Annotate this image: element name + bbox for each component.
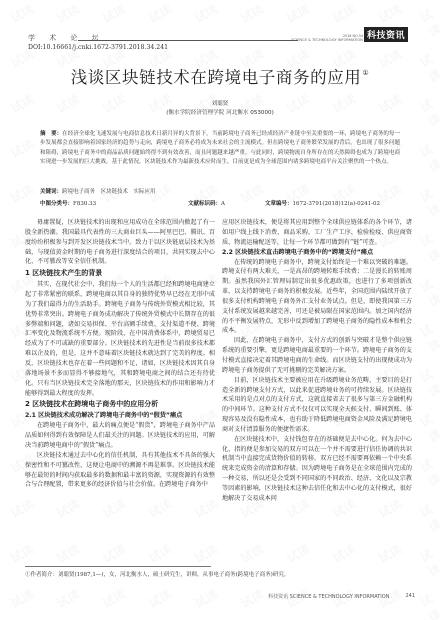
watermark-text: 试读	[329, 540, 358, 567]
paragraph: 目前，区块链技术主要被应用在升级跨境业务范畴，主要目的是打造全新的跨境支付方式，…	[222, 376, 412, 435]
watermark-text: 试读	[191, 585, 220, 612]
paragraph: 其实，在现代社会中，我们每一个人的生活都已经和跨境电商建立起了非常紧密的联系，跨…	[25, 280, 215, 398]
body-column-left: 毋庸置疑，区块链技术的出现和应用成功在全球范围内掀起了有一股全新热潮。我国最具代…	[25, 218, 215, 490]
paragraph: 在传统的跨境电子商务中，跨境支付始终是一个难以突破的难题。跨境支付有两大难关，一…	[222, 258, 412, 337]
watermark-text: 试读	[7, 540, 36, 567]
watermark-text: 试读	[417, 273, 440, 310]
section-heading-1: 1 区块链技术产生的背景	[25, 268, 215, 279]
page-number: 241	[405, 593, 415, 600]
paragraph: 区块链技术通过去中心化的信任机制，具有其他技术不具备的强大保密性和不可篡改性，这…	[25, 451, 215, 490]
watermark-text: 试读	[237, 0, 266, 27]
abstract-label: 摘 要：	[40, 131, 62, 137]
watermark-text: 试读	[237, 540, 266, 567]
watermark-text: 试读	[145, 540, 174, 567]
watermark-text: 试读	[191, 0, 220, 27]
document-code: 文献标识码：A	[188, 199, 225, 207]
watermark-text: 试读	[53, 0, 82, 27]
paragraph: 毋庸置疑，区块链技术的出现和应用成功在全球范围内掀起了有一股全新热潮。我国最具代…	[25, 218, 215, 267]
watermark-text: 试读	[145, 495, 174, 522]
section-label: 学 术 论 坛	[28, 33, 105, 43]
watermark-text: 试读	[99, 585, 128, 612]
watermark-text: 试读	[283, 0, 312, 27]
page-footer: 科技资讯 SCIENCE & TECHNOLOGY INFORMATION 24…	[268, 593, 415, 600]
paper-page: 学 术 论 坛 2018 NO.34 SCIENCE & TECHNOLOGY …	[0, 0, 440, 620]
watermark-text: 试读	[417, 453, 440, 490]
subsection-heading-2-2: 2.2 区块链技术直击跨境电子商务中的“跨境支付”痛点	[222, 248, 412, 258]
watermark-text: 试读	[7, 135, 36, 162]
journal-brand-logo: 科技资讯	[364, 27, 408, 42]
paragraph: 应用区块链技术，便是将其应用到整个全球供应链体系的各个环节，诸如用户线上线下消费…	[222, 218, 412, 248]
abstract: 摘 要：在经济全球化飞速发展与电商信息技术日新月异的大背景下，当前跨境电子商务已…	[40, 130, 400, 168]
body-column-right: 应用区块链技术，便是将其应用到整个全球供应链体系的各个环节，诸如用户线上线下消费…	[222, 218, 412, 504]
doi: DOI:10.16661/j.cnki.1672-3791.2018.34.24…	[28, 44, 168, 51]
footnote-rule	[25, 566, 211, 567]
watermark-text: 试读	[283, 540, 312, 567]
footer-journal: 科技资讯 SCIENCE & TECHNOLOGY INFORMATION	[268, 593, 389, 600]
watermark-text: 试读	[417, 228, 440, 265]
watermark-text: 试读	[329, 0, 358, 27]
watermark-text: 试读	[375, 540, 404, 567]
journal-english-name: 2018 NO.34 SCIENCE & TECHNOLOGY INFORMAT…	[291, 34, 363, 42]
keywords-text: 跨境电子商务 区块链技术 实际应用	[62, 189, 156, 195]
watermark-text: 试读	[7, 0, 36, 27]
paragraph: 在跨境电子商务中，最大的痛点便是“假货”，跨境电子商务中产品品质如何得到有效保障…	[25, 421, 215, 451]
watermark-text: 试读	[237, 180, 266, 207]
watermark-text: 试读	[145, 585, 174, 612]
header-rule	[78, 40, 298, 41]
watermark-text: 试读	[417, 588, 440, 620]
watermark-text: 试读	[99, 495, 128, 522]
watermark-text: 试读	[417, 3, 440, 40]
paragraph: 在区块链技术中，支付钱包存在的基础便是去中心化。何为去中心化，指的便是参加交易的…	[222, 435, 412, 504]
abstract-text: 在经济全球化飞速发展与电商信息技术日新月异的大背景下，当前跨境电子商务已经成经济…	[40, 131, 400, 165]
section-heading-2: 2 区块链技术在跨境电子商务中的应用分析	[25, 399, 215, 410]
watermark-text: 试读	[53, 495, 82, 522]
keywords-label: 关键词：	[40, 189, 62, 195]
title-footnote-marker: ①	[362, 69, 369, 77]
watermark-text: 试读	[53, 585, 82, 612]
author-name: 刘聪贤	[0, 99, 440, 107]
watermark-text: 试读	[7, 495, 36, 522]
author-affiliation: (衡水学院经济管理学院 河北衡水 053000)	[0, 108, 440, 116]
watermark-text: 试读	[417, 498, 440, 535]
watermark-text: 试读	[375, 0, 404, 27]
watermark-text: 试读	[7, 585, 36, 612]
watermark-text: 试读	[417, 318, 440, 355]
subsection-heading-2-1: 2.1 区块链技术成功解决了跨境电子商务中的“假货”痛点	[25, 411, 215, 421]
watermark-text: 试读	[145, 0, 174, 27]
watermark-text: 试读	[191, 540, 220, 567]
watermark-text: 试读	[7, 180, 36, 207]
article-number: 文章编号：1672-3791(2018)12(a)-0241-02	[265, 199, 380, 207]
watermark-text: 试读	[99, 0, 128, 27]
author-footnote: ①作者简介：刘聪贤(1987,1—)，女，河北衡水人，硕士研究生，讲师，从事电子…	[25, 570, 289, 578]
journal-header: 2018 NO.34 SCIENCE & TECHNOLOGY INFORMAT…	[291, 27, 408, 42]
paragraph: 因此，在跨境电子商务中，支付方式的创新与突破才是整个供应链系统的重要引擎，更是跨…	[222, 336, 412, 375]
clc-number: 中图分类号：F830.33	[40, 199, 96, 207]
watermark-text: 试读	[53, 540, 82, 567]
watermark-text: 试读	[417, 543, 440, 580]
watermark-text: 试读	[417, 183, 440, 220]
article-title: 浅谈区块链技术在跨境电子商务的应用①	[0, 64, 440, 88]
watermark-text: 试读	[99, 540, 128, 567]
watermark-text: 试读	[191, 495, 220, 522]
watermark-text: 试读	[417, 138, 440, 175]
keywords: 关键词：跨境电子商务 区块链技术 实际应用	[40, 187, 156, 195]
watermark-text: 试读	[417, 408, 440, 445]
watermark-text: 试读	[417, 363, 440, 400]
watermark-text: 试读	[237, 585, 266, 612]
